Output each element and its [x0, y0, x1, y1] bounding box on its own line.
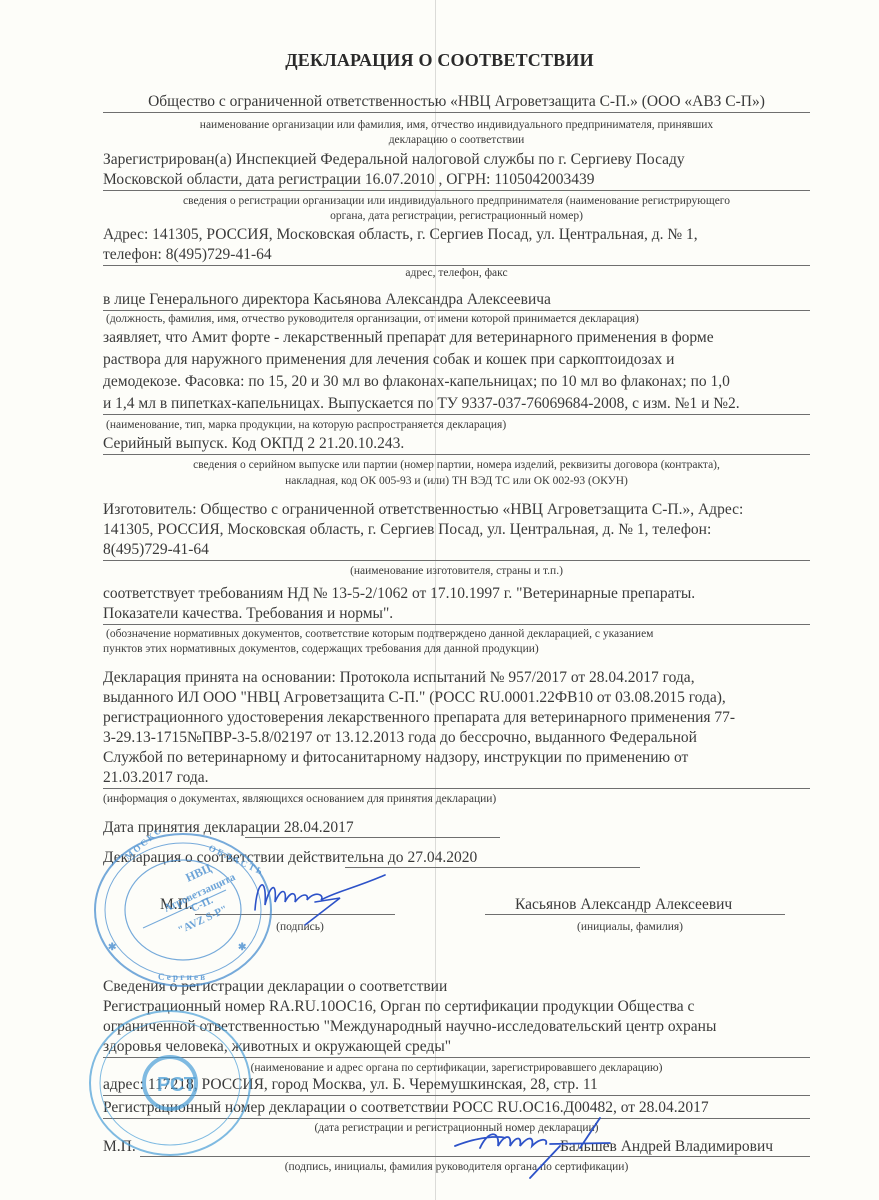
declarant-name: Общество с ограниченной ответственностью…	[103, 92, 810, 113]
representative-line: в лице Генерального директора Касьянова …	[103, 290, 810, 311]
registration-info-caption: (наименование и адрес органа по сертифик…	[103, 1061, 810, 1076]
declaration-reg-number: Регистрационный номер декларации о соотв…	[103, 1098, 810, 1119]
svg-text:С-П.: С-П.	[189, 894, 215, 915]
product-line-1: заявляет, что Амит форте - лекарственный…	[103, 328, 810, 348]
serial-caption-2: накладная, код ОК 005-93 и (или) ТН ВЭД …	[103, 474, 810, 489]
svg-text:✱: ✱	[108, 942, 117, 953]
conformity-caption-2: пунктов этих нормативных документов, сод…	[103, 642, 810, 657]
registration-info-heading: Сведения о регистрации декларации о соот…	[103, 977, 810, 997]
basis-line-1: Декларация принята на основании: Протоко…	[103, 668, 810, 688]
basis-line-2: выданного ИЛ ООО "НВЦ Агроветзащита С-П.…	[103, 688, 810, 708]
product-caption: (наименование, тип, марка продукции, на …	[106, 418, 810, 433]
registration-line-1: Зарегистрирован(а) Инспекцией Федерально…	[103, 150, 810, 170]
accepted-date-label: Дата принятия декларации 28.04.2017	[103, 818, 354, 838]
basis-line-3: регистрационного удостоверения лекарстве…	[103, 708, 810, 728]
signer-name: Касьянов Александр Алексеевич	[515, 895, 732, 915]
certification-head-name: Бальшев Андрей Владимирович	[560, 1137, 773, 1157]
conformity-line-2: Показатели качества. Требования и нормы"…	[103, 604, 810, 625]
declarant-caption-2: декларацию о соответствии	[103, 133, 810, 148]
registration-info-line-2: ограниченной ответственностью "Междунаро…	[103, 1017, 810, 1037]
serial-line: Серийный выпуск. Код ОКПД 2 21.20.10.243…	[103, 434, 810, 455]
basis-line-6: 21.03.2017 года.	[103, 768, 810, 789]
signature-underline	[195, 914, 395, 915]
certification-body-address: адрес: 117218, РОССИЯ, город Москва, ул.…	[103, 1075, 810, 1096]
manufacturer-line-3: 8(495)729-41-64	[103, 540, 810, 561]
manufacturer-line-1: Изготовитель: Общество с ограниченной от…	[103, 500, 810, 520]
registration-caption-2: органа, дата регистрации, регистрационны…	[103, 209, 810, 224]
product-line-2: раствора для наружного применения для ле…	[103, 350, 810, 370]
basis-caption: (информация о документах, являющихся осн…	[103, 792, 810, 807]
signer-caption: (инициалы, фамилия)	[540, 920, 720, 935]
conformity-line-1: соответствует требованиям НД № 13-5-2/10…	[103, 584, 810, 604]
declaration-reg-caption: (дата регистрации и регистрационный номе…	[103, 1121, 810, 1136]
valid-until-underline	[345, 867, 640, 868]
manufacturer-caption: (наименование изготовителя, страны и т.п…	[103, 564, 810, 579]
product-line-3: демодекозе. Фасовка: по 15, 20 и 30 мл в…	[103, 372, 810, 392]
svg-text:✱: ✱	[238, 942, 247, 953]
product-line-4: и 1,4 мл в пипетках-капельницах. Выпуска…	[103, 394, 810, 415]
valid-until-value: 27.04.2020	[407, 849, 477, 866]
accepted-date-underline	[245, 837, 500, 838]
basis-line-5: Службой по ветеринарному и фитосанитарно…	[103, 748, 810, 768]
address-caption: адрес, телефон, факс	[103, 266, 810, 281]
signature-caption: (подпись)	[260, 920, 340, 935]
address-line-1: Адрес: 141305, РОССИЯ, Московская област…	[103, 225, 810, 245]
declarant-caption-1: наименование организации или фамилия, им…	[103, 118, 810, 133]
seal-label: М.П.	[160, 895, 193, 915]
conformity-caption-1: (обозначение нормативных документов, соо…	[106, 627, 810, 642]
valid-until-label: Декларация о соответствии действительна …	[103, 848, 477, 868]
basis-line-4: 3-29.13-1715№ПВР-3-5.8/02197 от 13.12.20…	[103, 728, 810, 748]
serial-caption-1: сведения о серийном выпуске или партии (…	[103, 458, 810, 473]
registration-info-line-1: Регистрационный номер RA.RU.10ОС16, Орга…	[103, 997, 810, 1017]
address-line-2: телефон: 8(495)729-41-64	[103, 245, 810, 266]
document-title: ДЕКЛАРАЦИЯ О СООТВЕТСТВИИ	[0, 50, 879, 71]
signer-underline	[485, 914, 785, 915]
accepted-date-value: 28.04.2017	[284, 819, 354, 836]
certification-seal-label: М.П.	[103, 1137, 136, 1157]
registration-line-2: Московской области, дата регистрации 16.…	[103, 170, 810, 191]
registration-caption-1: сведения о регистрации организации или и…	[103, 194, 810, 209]
certification-head-caption: (подпись, инициалы, фамилия руководителя…	[103, 1160, 810, 1175]
representative-caption: (должность, фамилия, имя, отчество руков…	[106, 312, 810, 327]
manufacturer-line-2: 141305, РОССИЯ, Московская область, г. С…	[103, 520, 810, 540]
registration-info-line-3: здоровья человека, животных и окружающей…	[103, 1037, 810, 1058]
